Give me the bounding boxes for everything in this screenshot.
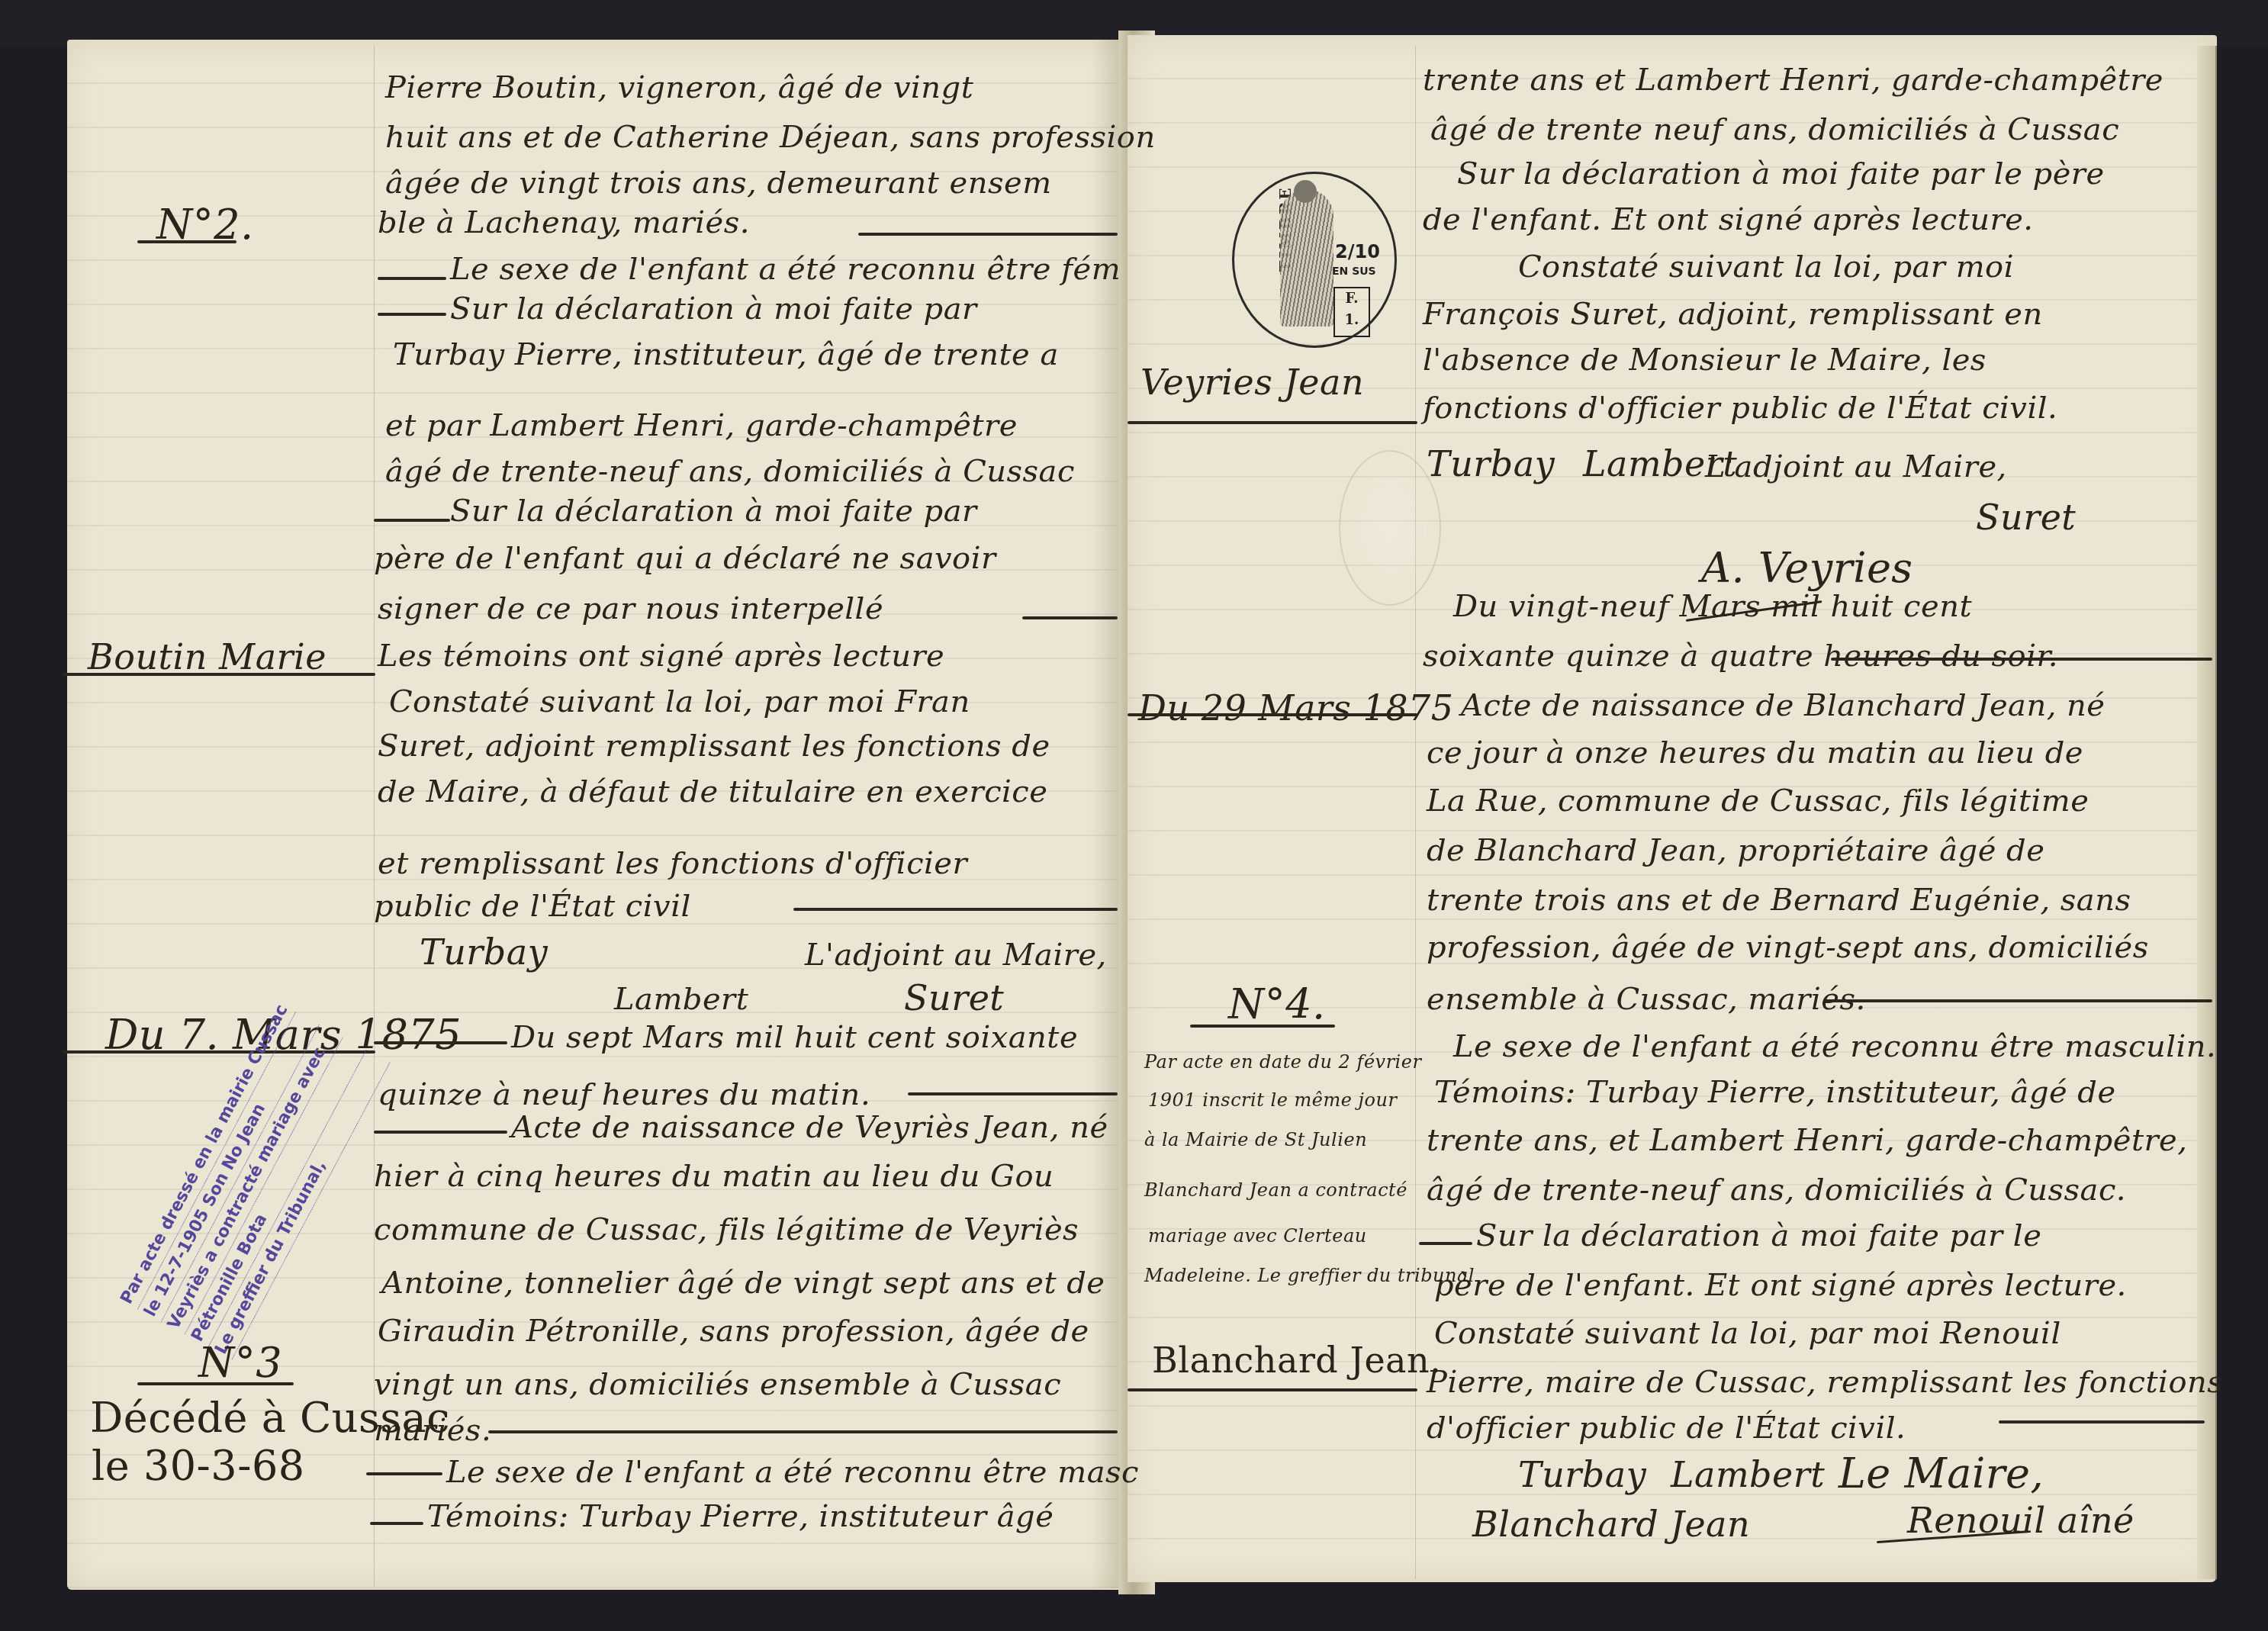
- line-filler: [908, 1092, 1118, 1095]
- text-line: père de l'enfant. Et ont signé après lec…: [1434, 1270, 2127, 1301]
- text-line: commune de Cussac, fils légitime de Veyr…: [374, 1214, 1079, 1245]
- text-line: âgée de vingt trois ans, demeurant ensem: [385, 168, 1052, 198]
- text-line: signer de ce par nous interpellé: [378, 594, 883, 624]
- text-line: Le sexe de l'enfant a été reconnu être f…: [450, 254, 1121, 285]
- embossed-seal: [1339, 450, 1441, 606]
- divider: [137, 1382, 294, 1385]
- text-line: Giraudin Pétronille, sans profession, âg…: [378, 1316, 1089, 1346]
- text-line: fonctions d'officier public de l'État ci…: [1423, 393, 2057, 423]
- margin-date: Du 29 Mars 1875: [1138, 690, 1454, 725]
- line-filler: [1999, 1420, 2205, 1424]
- text-line: Constaté suivant la loi, par moi Fran: [389, 687, 970, 717]
- text-line: ce jour à onze heures du matin au lieu d…: [1427, 738, 2083, 768]
- signature-witness-2: Lambert: [614, 984, 748, 1015]
- text-line: Les témoins ont signé après lecture: [378, 641, 944, 671]
- margin-name: Boutin Marie: [88, 639, 327, 674]
- justice-head-icon: [1294, 180, 1317, 203]
- text-line: de Blanchard Jean, propriétaire âgé de: [1427, 835, 2044, 866]
- text-line: huit ans et de Catherine Déjean, sans pr…: [385, 122, 1156, 153]
- line-filler: [858, 233, 1118, 236]
- text-line: vingt un ans, domiciliés ensemble à Cuss…: [374, 1369, 1061, 1400]
- line-dash: [378, 313, 446, 316]
- line-dash: [374, 1131, 507, 1134]
- line-dash: [378, 277, 446, 280]
- signature-official: Suret: [904, 980, 1004, 1015]
- divider: [137, 240, 236, 243]
- signature-witness-1: Turbay: [420, 935, 548, 970]
- text-line: de Maire, à défaut de titulaire en exerc…: [378, 777, 1047, 807]
- death-note-line: le 30-3-68: [92, 1446, 305, 1487]
- justice-figure-icon: [1280, 189, 1333, 327]
- signature-father: A. Veyries: [1701, 548, 1913, 589]
- stamp-value-amount: 1.: [1335, 310, 1369, 331]
- text-line: l'absence de Monsieur le Maire, les: [1423, 345, 1987, 375]
- text-line: Pierre, maire de Cussac, remplissant les…: [1427, 1367, 2223, 1398]
- text-line: Sur la déclaration à moi faite par le pè…: [1457, 159, 2105, 189]
- marriage-note-line: Par acte en date du 2 février: [1144, 1053, 1421, 1071]
- text-line: soixante quinze à quatre heures du soir.: [1423, 641, 2058, 671]
- text-line: Suret, adjoint remplissant les fonctions…: [378, 731, 1050, 761]
- text-line: Constaté suivant la loi, par moi: [1518, 252, 2014, 282]
- text-line: d'officier public de l'État civil.: [1427, 1413, 1906, 1443]
- text-line: Sur la déclaration à moi faite par: [450, 496, 977, 526]
- text-line: Acte de naissance de Blanchard Jean, né: [1461, 690, 2106, 721]
- text-line: public de l'État civil: [374, 891, 691, 922]
- signature-witness-1: Turbay: [1427, 446, 1555, 481]
- divider: [63, 673, 375, 676]
- text-line: Antoine, tonnelier âgé de vingt sept ans…: [381, 1268, 1105, 1298]
- text-line: Témoins: Turbay Pierre, instituteur, âgé…: [1434, 1077, 2116, 1108]
- signature-witness-1: Turbay: [1518, 1457, 1646, 1492]
- entry-number: N°4.: [1228, 984, 1326, 1025]
- text-line: âgé de trente-neuf ans, domiciliés à Cus…: [385, 456, 1075, 487]
- line-filler: [793, 908, 1118, 911]
- death-note-line: Décédé à Cussac: [90, 1398, 450, 1439]
- line-filler: [1831, 658, 2212, 661]
- stamp-value: F. 1.: [1333, 287, 1370, 337]
- divider: [1128, 1388, 1417, 1391]
- text-line: Du sept Mars mil huit cent soixante: [511, 1022, 1078, 1053]
- text-line: Turbay Pierre, instituteur, âgé de trent…: [393, 339, 1059, 370]
- text-line: trente ans et Lambert Henri, garde-champ…: [1423, 65, 2163, 95]
- text-line: Du vingt-neuf Mars mil huit cent: [1453, 591, 1972, 622]
- text-line: ble à Lachenay, mariés.: [378, 207, 750, 238]
- text-line: et remplissant les fonctions d'officier: [378, 848, 967, 879]
- marriage-note-line: mariage avec Clerteau: [1148, 1227, 1367, 1245]
- line-dash: [374, 519, 450, 522]
- signature-witness-2: Lambert: [1671, 1457, 1825, 1492]
- entry-number: N°2.: [156, 204, 254, 246]
- stamp-tax-sub: EN SUS: [1332, 265, 1376, 278]
- text-line: Sur la déclaration à moi faite par le: [1476, 1221, 2041, 1251]
- text-line: et par Lambert Henri, garde-champêtre: [385, 410, 1018, 441]
- text-line: Constaté suivant la loi, par moi Renouil: [1434, 1318, 2061, 1349]
- text-line: François Suret, adjoint, remplissant en: [1423, 299, 2043, 330]
- tax-stamp: TIMBRE 2/10 EN SUS F. 1.: [1232, 172, 1397, 348]
- text-line: quinze à neuf heures du matin.: [378, 1079, 870, 1110]
- signature-official: Suret: [1976, 500, 2076, 535]
- line-dash: [1419, 1242, 1472, 1245]
- text-line: Le sexe de l'enfant a été reconnu être m…: [446, 1457, 1139, 1488]
- entry-number: N°3: [198, 1343, 282, 1384]
- marriage-note-line: à la Mairie de St Julien: [1144, 1131, 1367, 1149]
- text-line: trente trois ans et de Bernard Eugénie, …: [1427, 885, 2131, 915]
- text-line: ensemble à Cussac, mariés.: [1427, 984, 1866, 1015]
- line-filler: [488, 1430, 1118, 1433]
- divider: [1190, 1025, 1335, 1028]
- text-line: trente ans, et Lambert Henri, garde-cham…: [1427, 1125, 2187, 1156]
- margin-name: Blanchard Jean.: [1152, 1343, 1441, 1378]
- text-line: de l'enfant. Et ont signé après lecture.: [1423, 204, 2034, 235]
- line-dash: [374, 1041, 507, 1044]
- text-line: hier à cinq heures du matin au lieu du G…: [374, 1161, 1054, 1192]
- divider: [1128, 421, 1417, 424]
- signature-father: Blanchard Jean: [1472, 1507, 1750, 1542]
- margin-name: Veyries Jean: [1140, 365, 1364, 400]
- line-filler: [1022, 616, 1118, 619]
- official-title: L'adjoint au Maire,: [805, 940, 1107, 970]
- official-title: Le Maire,: [1839, 1453, 2044, 1494]
- line-dash: [366, 1472, 442, 1475]
- text-line: Le sexe de l'enfant a été reconnu être m…: [1453, 1031, 2216, 1062]
- text-line: père de l'enfant qui a déclaré ne savoir: [374, 543, 996, 574]
- text-line: La Rue, commune de Cussac, fils légitime: [1427, 786, 2089, 816]
- marriage-note-line: Blanchard Jean a contracté: [1144, 1181, 1407, 1199]
- stamp-value-currency: F.: [1335, 288, 1369, 310]
- marriage-note-line: Madeleine. Le greffier du tribunal: [1144, 1266, 1475, 1285]
- text-line: Sur la déclaration à moi faite par: [450, 294, 977, 324]
- text-line: âgé de trente neuf ans, domiciliés à Cus…: [1430, 114, 2119, 145]
- text-line: Pierre Boutin, vigneron, âgé de vingt: [385, 72, 973, 103]
- divider: [1128, 713, 1417, 716]
- official-title: L'adjoint au Maire,: [1705, 452, 2007, 482]
- left-margin-rule: [374, 46, 375, 1587]
- text-line: Acte de naissance de Veyriès Jean, né: [511, 1112, 1108, 1143]
- line-filler: [1823, 999, 2212, 1002]
- line-dash: [370, 1522, 423, 1525]
- text-line: âgé de trente-neuf ans, domiciliés à Cus…: [1427, 1175, 2126, 1205]
- text-line: profession, âgée de vingt-sept ans, domi…: [1427, 932, 2149, 963]
- marriage-note-line: 1901 inscrit le même jour: [1148, 1091, 1397, 1109]
- text-line: Témoins: Turbay Pierre, instituteur âgé: [427, 1501, 1054, 1532]
- page-stack-edge: [2197, 46, 2217, 1579]
- stamp-tax: 2/10: [1335, 241, 1380, 262]
